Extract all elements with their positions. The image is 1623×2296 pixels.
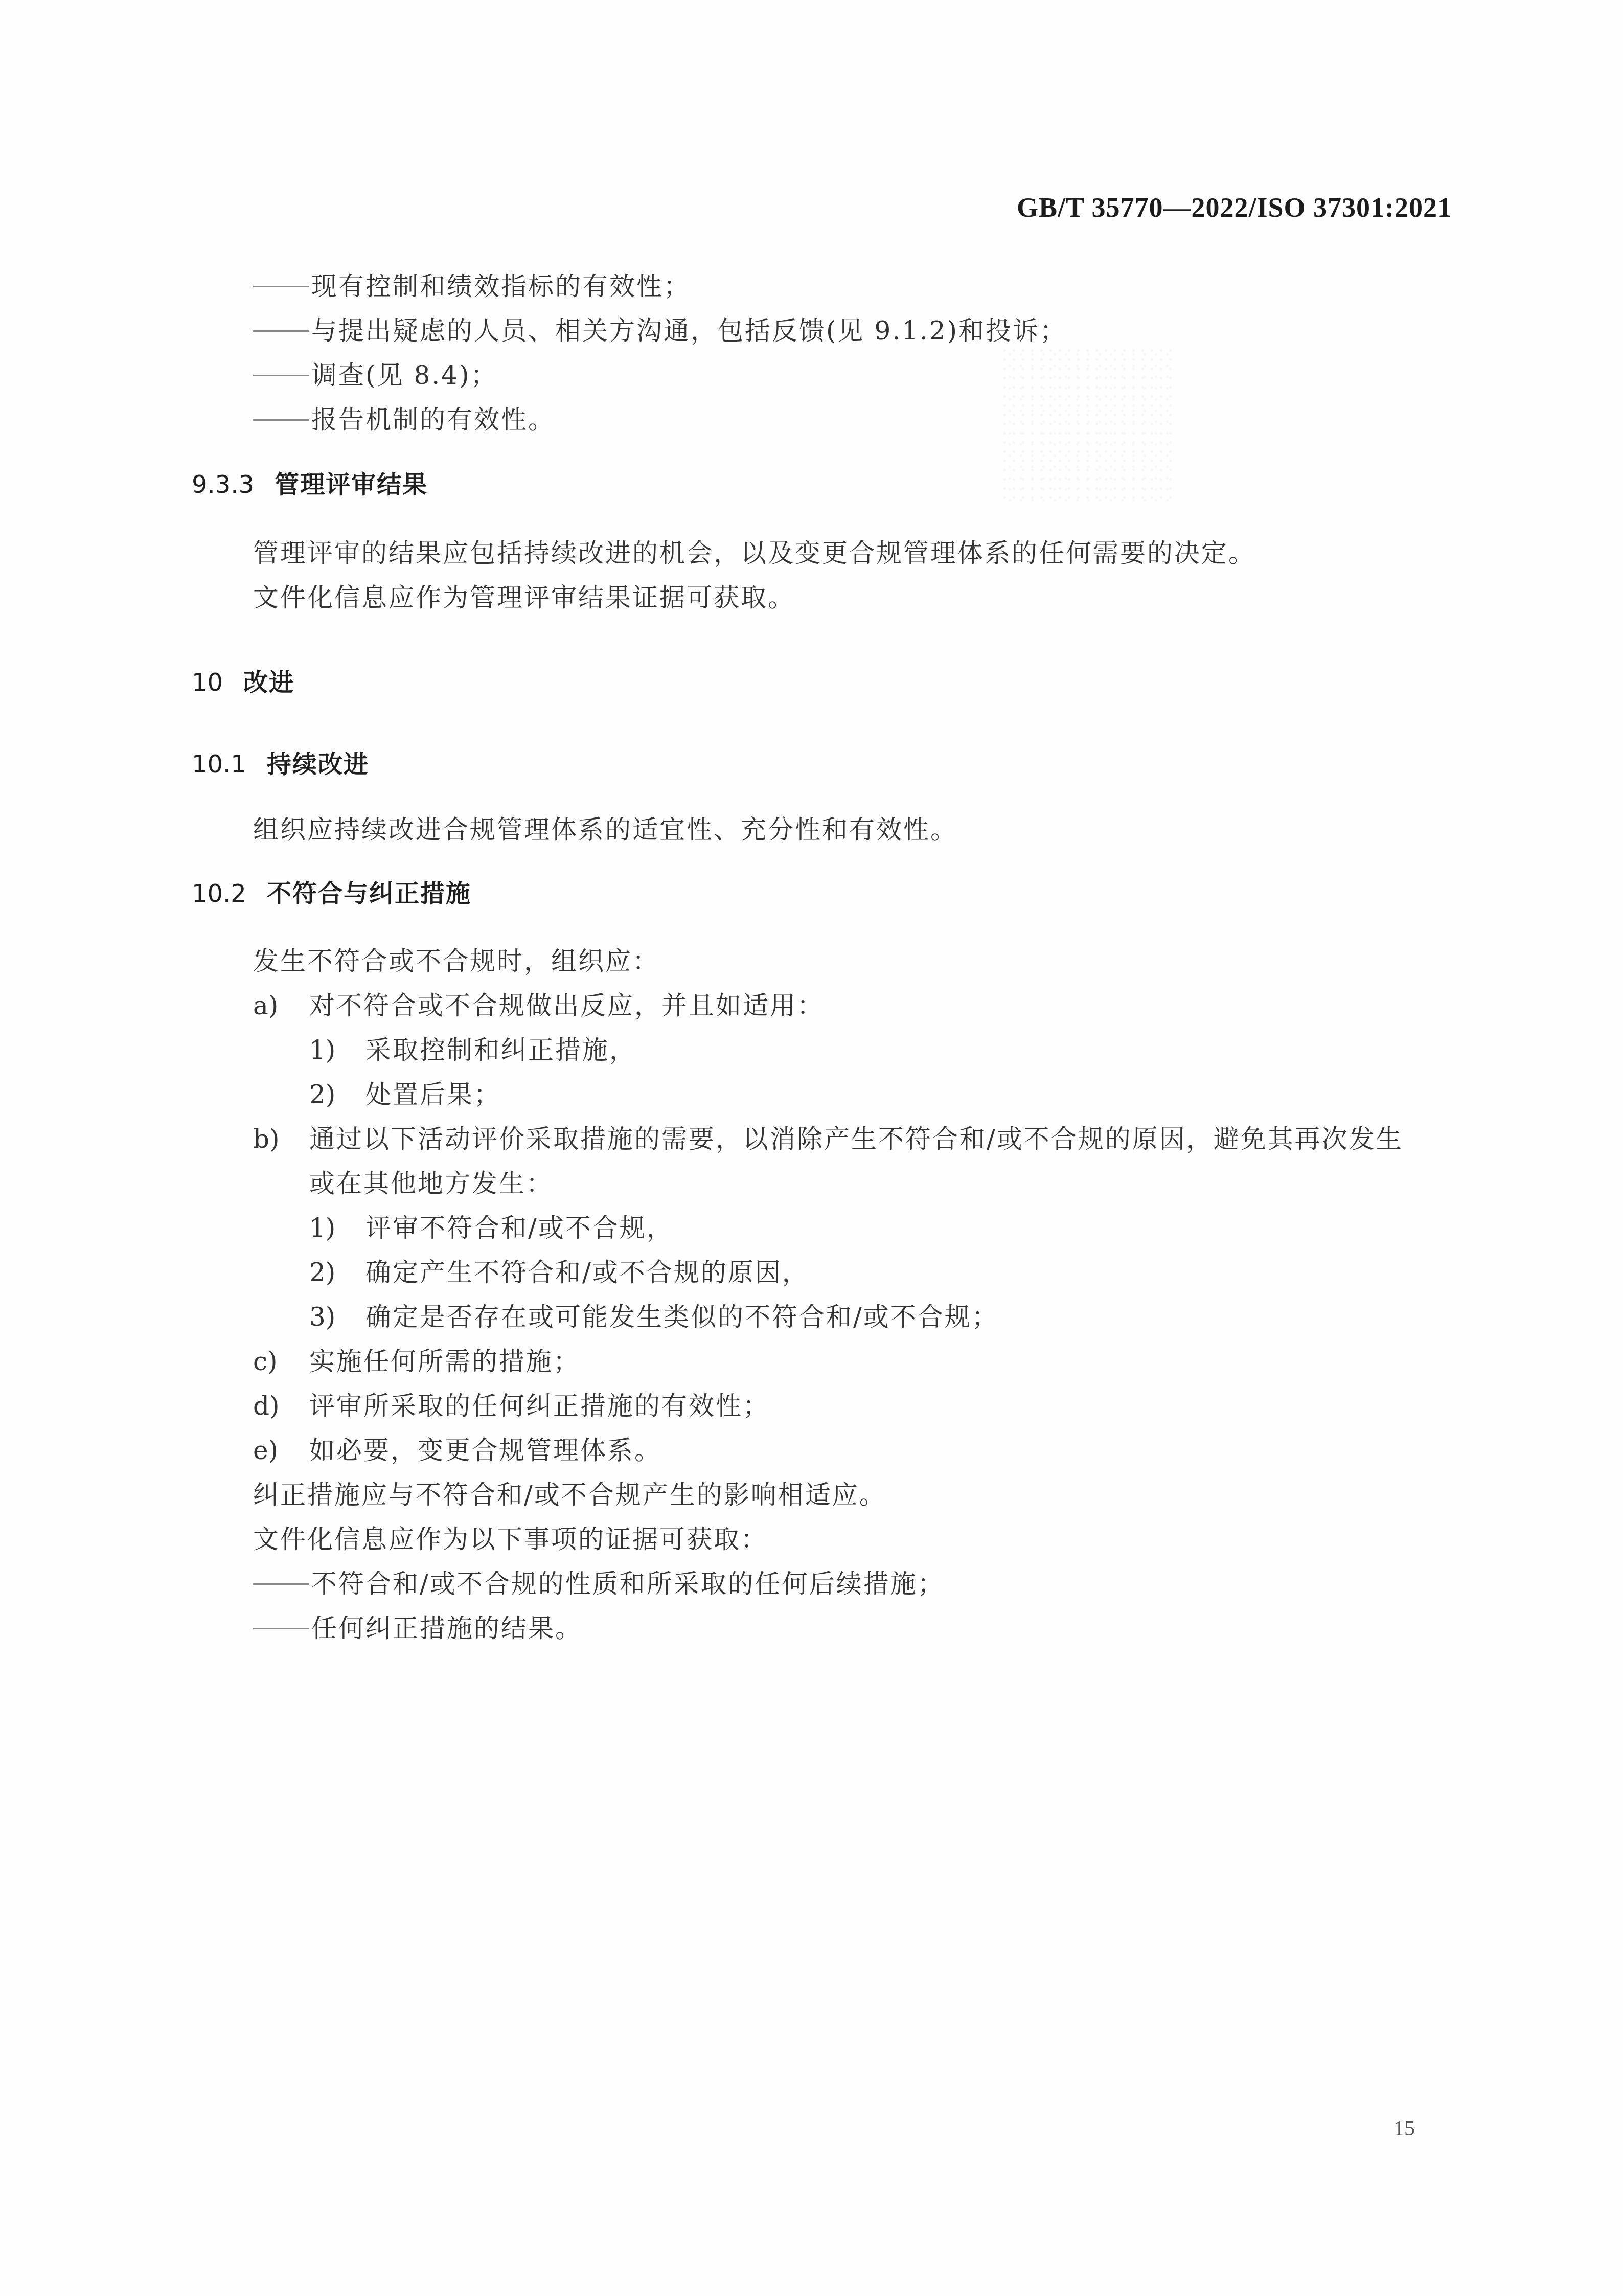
section-number: 10.1	[192, 749, 246, 780]
section-number: 10.2	[192, 878, 246, 909]
list-item: 报告机制的有效性。	[253, 404, 555, 435]
em-dash-marker	[253, 1583, 309, 1585]
list-item: 不符合和/或不合规的性质和所采取的任何后续措施；	[253, 1568, 945, 1599]
sub-list-item: 2)处置后果；	[309, 1079, 501, 1110]
list-marker: c)	[253, 1346, 309, 1377]
list-item-text: 确定产生不符合和/或不合规的原因，	[365, 1258, 809, 1287]
em-dash-marker	[253, 1628, 309, 1629]
section-heading-10-2: 10.2不符合与纠正措施	[192, 878, 471, 909]
section-heading-10-1: 10.1持续改进	[192, 749, 369, 780]
list-marker: 2)	[309, 1257, 365, 1288]
list-item-text: 确定是否存在或可能发生类似的不符合和/或不合规；	[365, 1302, 999, 1332]
list-item-text: 评审所采取的任何纠正措施的有效性；	[309, 1391, 770, 1421]
list-item: 现有控制和绩效指标的有效性；	[253, 271, 691, 302]
paragraph: 组织应持续改进合规管理体系的适宜性、充分性和有效性。	[253, 814, 957, 845]
em-dash-marker	[253, 375, 309, 376]
list-marker: e)	[253, 1435, 309, 1466]
section-title: 不符合与纠正措施	[267, 879, 471, 908]
list-item: 与提出疑虑的人员、相关方沟通，包括反馈(见 9.1.2)和投诉；	[253, 315, 1067, 346]
list-item-text: 通过以下活动评价采取措施的需要，以消除产生不符合和/或不合规的原因，避免其再次发…	[309, 1124, 1403, 1154]
sub-list-item: 1)评审不符合和/或不合规，	[309, 1213, 674, 1243]
list-item-b-continuation: 或在其他地方发生：	[309, 1168, 553, 1199]
list-marker: d)	[253, 1391, 309, 1421]
list-item-text: 对不符合或不合规做出反应，并且如适用：	[309, 991, 824, 1020]
section-number: 10	[192, 667, 223, 698]
list-item-text: 不符合和/或不合规的性质和所采取的任何后续措施；	[311, 1569, 945, 1599]
watermark-stamp	[1002, 348, 1176, 501]
list-item-text: 任何纠正措施的结果。	[311, 1613, 582, 1643]
standard-code-header: GB/T 35770—2022/ISO 37301:2021	[1017, 192, 1452, 223]
sub-list-item: 3)确定是否存在或可能发生类似的不符合和/或不合规；	[309, 1302, 999, 1332]
sub-list-item: 1)采取控制和纠正措施，	[309, 1035, 636, 1065]
document-page: GB/T 35770—2022/ISO 37301:2021 现有控制和绩效指标…	[0, 0, 1623, 2296]
list-marker: 3)	[309, 1302, 365, 1332]
list-item-e: e)如必要，变更合规管理体系。	[253, 1435, 661, 1466]
list-item: 调查(见 8.4)；	[253, 360, 497, 391]
list-item-text: 评审不符合和/或不合规，	[365, 1213, 674, 1243]
section-title: 持续改进	[267, 750, 369, 779]
list-marker: 1)	[309, 1213, 365, 1243]
em-dash-marker	[253, 286, 309, 287]
list-item-d: d)评审所采取的任何纠正措施的有效性；	[253, 1391, 770, 1421]
em-dash-marker	[253, 330, 309, 332]
paragraph: 文件化信息应作为管理评审结果证据可获取。	[253, 582, 795, 613]
section-number: 9.3.3	[192, 469, 254, 500]
list-marker: b)	[253, 1124, 309, 1154]
paragraph: 文件化信息应作为以下事项的证据可获取：	[253, 1524, 768, 1555]
section-title: 管理评审结果	[275, 470, 428, 499]
sub-list-item: 2)确定产生不符合和/或不合规的原因，	[309, 1257, 809, 1288]
list-marker: 1)	[309, 1035, 365, 1065]
list-marker: 2)	[309, 1079, 365, 1110]
list-item-text: 现有控制和绩效指标的有效性；	[311, 271, 691, 301]
paragraph: 纠正措施应与不符合和/或不合规产生的影响相适应。	[253, 1480, 886, 1510]
list-item-text: 与提出疑虑的人员、相关方沟通，包括反馈(见 9.1.2)和投诉；	[311, 316, 1067, 346]
list-item-text: 处置后果；	[365, 1080, 501, 1109]
section-heading-10: 10改进	[192, 667, 294, 698]
section-title: 改进	[243, 668, 294, 697]
paragraph: 发生不符合或不合规时，组织应：	[253, 946, 659, 976]
list-item-text: 采取控制和纠正措施，	[365, 1035, 636, 1065]
page-number: 15	[1393, 2117, 1415, 2141]
list-item-text: 报告机制的有效性。	[311, 405, 555, 435]
list-item-text: 调查(见 8.4)；	[311, 360, 497, 390]
list-item-text: 实施任何所需的措施；	[309, 1347, 580, 1376]
list-item-c: c)实施任何所需的措施；	[253, 1346, 580, 1377]
em-dash-marker	[253, 419, 309, 421]
list-item-b: b)通过以下活动评价采取措施的需要，以消除产生不符合和/或不合规的原因，避免其再…	[253, 1124, 1403, 1154]
list-item-text: 如必要，变更合规管理体系。	[309, 1436, 661, 1465]
list-marker: a)	[253, 990, 309, 1021]
list-item-a: a)对不符合或不合规做出反应，并且如适用：	[253, 990, 824, 1021]
section-heading-9-3-3: 9.3.3管理评审结果	[192, 469, 428, 500]
list-item: 任何纠正措施的结果。	[253, 1613, 582, 1644]
paragraph: 管理评审的结果应包括持续改进的机会，以及变更合规管理体系的任何需要的决定。	[253, 538, 1255, 569]
